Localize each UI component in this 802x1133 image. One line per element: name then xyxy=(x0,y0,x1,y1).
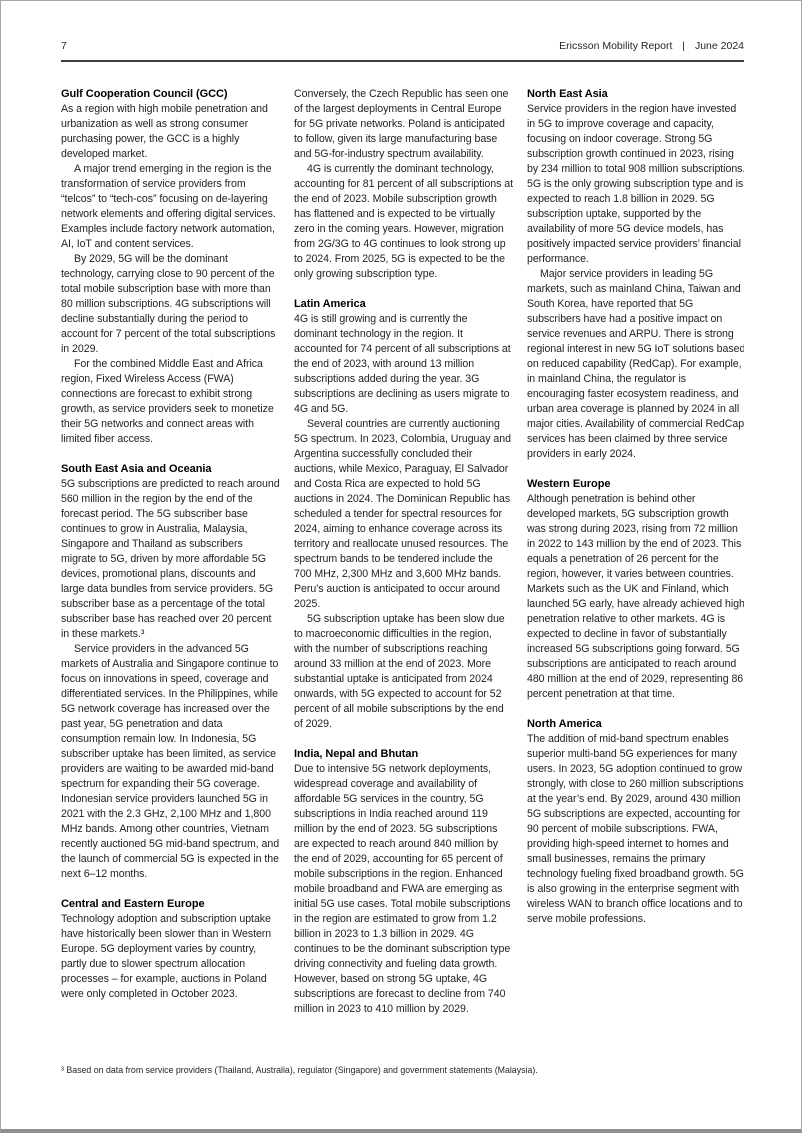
section-heading: Latin America xyxy=(294,297,513,312)
section-heading: Western Europe xyxy=(527,477,744,492)
text-column-2: Conversely, the Czech Republic has seen … xyxy=(294,87,513,1049)
header-title: Ericsson Mobility Report | June 2024 xyxy=(559,40,744,52)
section-north-east-asia: North East Asia Service providers in the… xyxy=(527,87,744,462)
page-number: 7 xyxy=(61,40,67,52)
paragraph: The addition of mid-band spectrum enable… xyxy=(527,732,744,927)
section-heading: Central and Eastern Europe xyxy=(61,897,280,912)
paragraph: 5G subscription uptake has been slow due… xyxy=(294,612,513,732)
section-heading: Gulf Cooperation Council (GCC) xyxy=(61,87,280,102)
page-header: 7 Ericsson Mobility Report | June 2024 xyxy=(61,40,744,52)
section-heading: North East Asia xyxy=(527,87,744,102)
report-title: Ericsson Mobility Report xyxy=(559,40,672,52)
section-western-europe: Western Europe Although penetration is b… xyxy=(527,477,744,702)
section-central-eastern-europe-continued: Conversely, the Czech Republic has seen … xyxy=(294,87,513,282)
paragraph: For the combined Middle East and Africa … xyxy=(61,357,280,447)
paragraph: 5G subscriptions are predicted to reach … xyxy=(61,477,280,642)
header-rule xyxy=(61,60,744,62)
report-page: 7 Ericsson Mobility Report | June 2024 G… xyxy=(0,0,802,1133)
section-heading: North America xyxy=(527,717,744,732)
issue-date: June 2024 xyxy=(695,40,744,52)
paragraph: Major service providers in leading 5G ma… xyxy=(527,267,744,462)
paragraph: By 2029, 5G will be the dominant technol… xyxy=(61,252,280,357)
section-south-east-asia-oceania: South East Asia and Oceania 5G subscript… xyxy=(61,462,280,882)
section-central-eastern-europe: Central and Eastern Europe Technology ad… xyxy=(61,897,280,1002)
paragraph: Conversely, the Czech Republic has seen … xyxy=(294,87,513,162)
section-latin-america: Latin America 4G is still growing and is… xyxy=(294,297,513,732)
section-heading: India, Nepal and Bhutan xyxy=(294,747,513,762)
paragraph: Service providers in the region have inv… xyxy=(527,102,744,267)
paragraph: Several countries are currently auctioni… xyxy=(294,417,513,612)
paragraph: Although penetration is behind other dev… xyxy=(527,492,744,702)
footnote: ³ Based on data from service providers (… xyxy=(61,1064,744,1076)
text-column-3: North East Asia Service providers in the… xyxy=(527,87,744,1049)
paragraph: 4G is currently the dominant technology,… xyxy=(294,162,513,282)
paragraph: 4G is still growing and is currently the… xyxy=(294,312,513,417)
header-separator: | xyxy=(682,40,685,52)
paragraph: As a region with high mobile penetration… xyxy=(61,102,280,162)
text-column-1: Gulf Cooperation Council (GCC) As a regi… xyxy=(61,87,280,1049)
section-india-nepal-bhutan: India, Nepal and Bhutan Due to intensive… xyxy=(294,747,513,1017)
section-gulf-cooperation-council: Gulf Cooperation Council (GCC) As a regi… xyxy=(61,87,280,447)
paragraph: Service providers in the advanced 5G mar… xyxy=(61,642,280,882)
section-heading: South East Asia and Oceania xyxy=(61,462,280,477)
paragraph: Due to intensive 5G network deployments,… xyxy=(294,762,513,1017)
text-columns: Gulf Cooperation Council (GCC) As a regi… xyxy=(61,87,744,1049)
paragraph: Technology adoption and subscription upt… xyxy=(61,912,280,1002)
section-north-america: North America The addition of mid-band s… xyxy=(527,717,744,927)
paragraph: A major trend emerging in the region is … xyxy=(61,162,280,252)
